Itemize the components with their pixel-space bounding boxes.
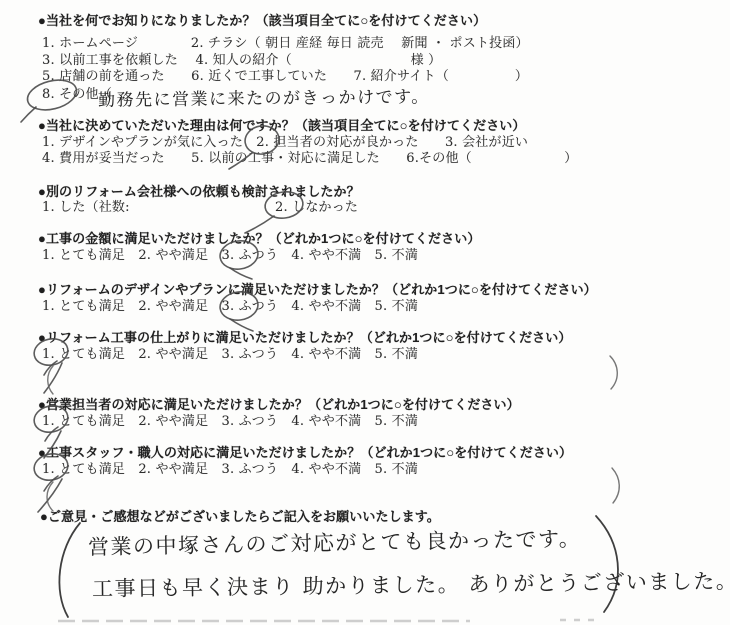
q9-comment-line1: 営業の中塚さんのご対応がとても良かったです。 (88, 523, 582, 562)
comment-big-open-paren (59, 523, 80, 617)
q8-options-line: 1. とても満足 2. やや満足 3. ふつう 4. やや不満 5. 不満 (42, 462, 418, 478)
q4-options-line: 1. とても満足 2. やや満足 3. ふつう 4. やや不満 5. 不満 (42, 248, 418, 264)
q9-comment-line2: 工事日も早く決まり 助かりました。 ありがとうございました。 (92, 565, 730, 603)
q1-options-line2: 3. 以前工事を依頼した 4. 知人の紹介（ 様 ） (42, 53, 441, 69)
q2-options-line2: 4. 費用が妥当だった 5. 以前の工事・対応に満足した 6.その他（ ） (42, 151, 577, 167)
comment-space-close-paren-1 (610, 356, 617, 389)
q1-title: ●当社を何でお知りになりましたか？（該当項目全てに○を付けてください） (38, 13, 486, 29)
q6-title: ●リフォーム工事の仕上がりに満足いただけましたか？（どれか1つに○を付けてくださ… (38, 330, 571, 346)
q9-title: ●ご意見・ご感想などがございましたらご記入をお願いいたします。 (40, 509, 440, 525)
q7-title: ●営業担当者の対応に満足いただけましたか？（どれか1つに○を付けてください） (38, 397, 520, 413)
comment-space-open-paren-2 (47, 482, 53, 511)
q3-title: ●別のリフォーム会社様への依頼も検討されましたか？ (38, 184, 360, 200)
q8-title: ●工事スタッフ・職人の対応に満足いただけましたか？（どれか1つに○を付けてくださ… (38, 445, 572, 461)
comment-big-close-paren (596, 516, 618, 612)
q5-title: ●リフォームのデザインやプランに満足いただけましたか？（どれか1つに○を付けてく… (38, 282, 597, 298)
survey-form-scan: ●当社を何でお知りになりましたか？（該当項目全てに○を付けてください） 1. ホ… (0, 0, 730, 625)
q1-handwritten-answer: 勤務先に営業に来たのがきっかけです。 (98, 82, 430, 110)
q5-options-line: 1. とても満足 2. やや満足 3. ふつう 4. やや不満 5. 不満 (42, 299, 418, 315)
q4-title: ●工事の金額に満足いただけましたか？（どれか1つに○を付けてください） (38, 231, 480, 247)
q3-option-did-not: 2. しなかった (275, 200, 358, 216)
q1-options-line1: 1. ホームページ 2. チラシ（ 朝日 産経 毎日 読売 新聞 ・ ポスト投函… (42, 36, 529, 52)
q1-options-line3: 5. 店舗の前を通った 6. 近くで工事していた 7. 紹介サイト（ ） (42, 69, 528, 85)
q2-options-line1: 1. デザインやプランが気に入った 2. 担当者の対応が良かった 3. 会社が近… (42, 135, 528, 151)
comment-space-close-paren-2 (612, 468, 619, 503)
comment-space-open-paren-1 (48, 366, 53, 394)
q3-option-did: 1. した（社数: (42, 200, 130, 216)
q6-options-line: 1. とても満足 2. やや満足 3. ふつう 4. やや不満 5. 不満 (42, 347, 418, 363)
q2-title: ●当社に決めていただいた理由は何ですか？（該当項目全てに○を付けてください） (38, 118, 526, 134)
q7-options-line: 1. とても満足 2. やや満足 3. ふつう 4. やや不満 5. 不満 (42, 414, 418, 430)
